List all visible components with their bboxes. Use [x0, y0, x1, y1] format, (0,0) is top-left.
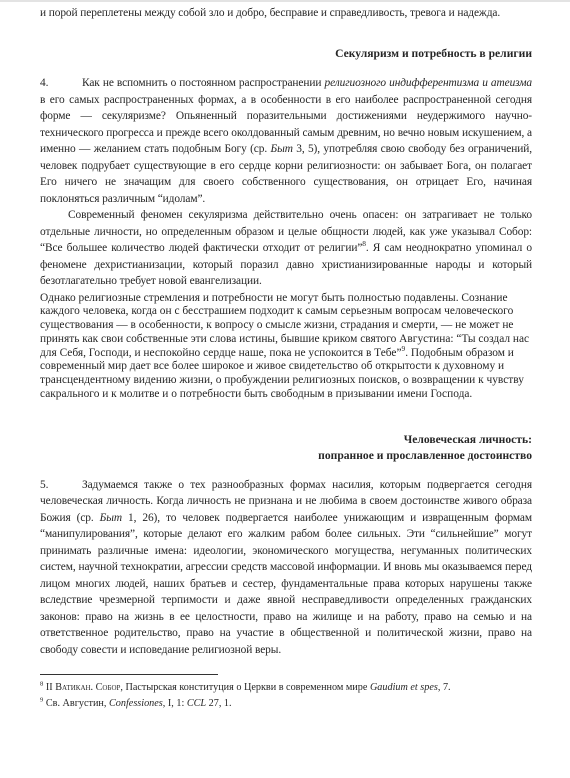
text-run: 1, 26), то человек подвергается наиболее… [40, 512, 532, 656]
italic-text: CCL [187, 698, 206, 709]
body-paragraph: 4.Как не вспомнить о постоянном распрост… [40, 75, 532, 207]
body-paragraph: Однако религиозные стремления и потребно… [40, 292, 532, 402]
text-run: Как не вспомнить о постоянном распростра… [82, 77, 324, 89]
text-run: 27, 1. [206, 698, 231, 709]
section-heading: Секуляризм и потребность в религии [40, 46, 532, 63]
section-heading: Человеческая личность:попранное и просла… [40, 432, 532, 465]
document-body: и порой переплетены между собой зло и до… [0, 0, 570, 711]
footnote-separator [40, 674, 218, 675]
text-run: , I, 1: [163, 698, 187, 709]
italic-text: Быт [270, 143, 292, 155]
italic-text: Confessiones [109, 698, 163, 709]
document-page: и порой переплетены между собой зло и до… [0, 0, 570, 778]
text-run: II [43, 682, 55, 693]
footnote: 8 II Ватикан. Собор, Пастырская конститу… [40, 680, 532, 696]
footnote: 9 Св. Августин, Confessiones, I, 1: CCL … [40, 696, 532, 712]
heading-line: Секуляризм и потребность в религии [40, 46, 532, 63]
paragraph-number: 5. [40, 477, 82, 494]
text-run: , Пастырская конституция о Церкви в совр… [120, 682, 370, 693]
italic-text: Gaudium et spes [370, 682, 438, 693]
text-run: и порой переплетены между собой зло и до… [40, 7, 500, 19]
heading-line: Человеческая личность: [40, 432, 532, 449]
body-paragraph: Современный феномен секуляризма действит… [40, 207, 532, 290]
scan-edge-artifact [0, 0, 570, 2]
italic-text: религиозного индифферентизма и атеизма [324, 77, 532, 89]
text-run: , 7. [438, 682, 451, 693]
body-paragraph: 5.Задумаемся также о тех разнообразных ф… [40, 477, 532, 659]
body-paragraph: и порой переплетены между собой зло и до… [40, 5, 532, 22]
smallcaps-text: Ватикан. Собор [55, 682, 120, 693]
paragraph-number: 4. [40, 75, 82, 92]
text-run: Св. Августин, [43, 698, 109, 709]
italic-text: Быт [100, 512, 122, 524]
heading-line: попранное и прославленное достоинство [40, 448, 532, 465]
